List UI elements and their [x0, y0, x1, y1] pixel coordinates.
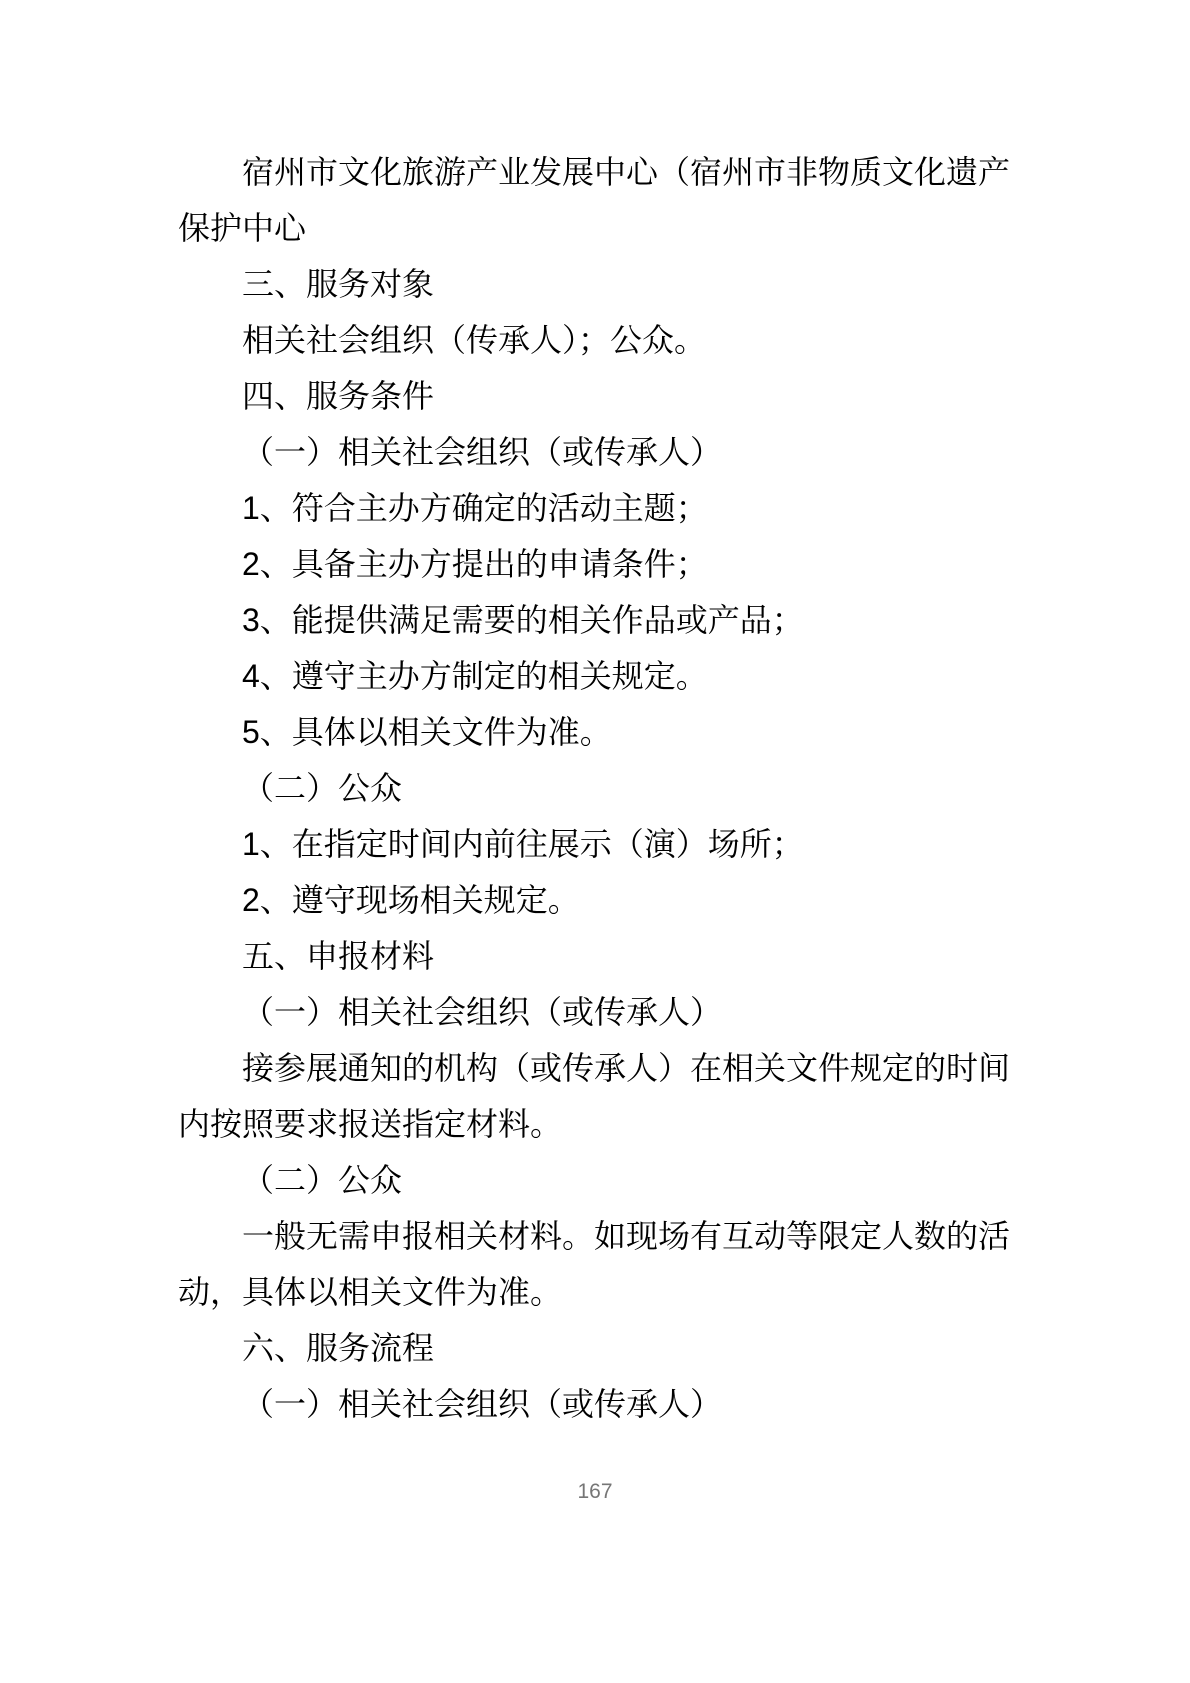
text-line: 内按照要求报送指定材料。 [178, 1096, 1014, 1152]
paragraph: （一）相关社会组织（或传承人） [178, 984, 1014, 1040]
text-line: 5、具体以相关文件为准。 [178, 704, 1014, 760]
paragraph: （一）相关社会组织（或传承人） [178, 424, 1014, 480]
text-line: 动，具体以相关文件为准。 [178, 1264, 1014, 1320]
paragraph: 1、在指定时间内前往展示（演）场所； [178, 816, 1014, 872]
text-line: 三、服务对象 [178, 256, 1014, 312]
text-line: 六、服务流程 [178, 1320, 1014, 1376]
text-line: 1、符合主办方确定的活动主题； [178, 480, 1014, 536]
text-line: 一般无需申报相关材料。如现场有互动等限定人数的活 [178, 1208, 1014, 1264]
document-page: 宿州市文化旅游产业发展中心（宿州市非物质文化遗产保护中心三、服务对象相关社会组织… [0, 0, 1190, 1683]
paragraph: 相关社会组织（传承人）；公众。 [178, 312, 1014, 368]
paragraph: 宿州市文化旅游产业发展中心（宿州市非物质文化遗产保护中心 [178, 144, 1014, 256]
text-line: （二）公众 [178, 1152, 1014, 1208]
paragraph: 1、符合主办方确定的活动主题； [178, 480, 1014, 536]
text-line: 接参展通知的机构（或传承人）在相关文件规定的时间 [178, 1040, 1014, 1096]
paragraph: 四、服务条件 [178, 368, 1014, 424]
text-line: 五、申报材料 [178, 928, 1014, 984]
text-line: 保护中心 [178, 200, 1014, 256]
paragraph: 4、遵守主办方制定的相关规定。 [178, 648, 1014, 704]
text-line: 相关社会组织（传承人）；公众。 [178, 312, 1014, 368]
paragraph: （二）公众 [178, 760, 1014, 816]
text-line: 2、遵守现场相关规定。 [178, 872, 1014, 928]
document-body: 宿州市文化旅游产业发展中心（宿州市非物质文化遗产保护中心三、服务对象相关社会组织… [178, 144, 1014, 1432]
paragraph: 3、能提供满足需要的相关作品或产品； [178, 592, 1014, 648]
text-line: （一）相关社会组织（或传承人） [178, 984, 1014, 1040]
paragraph: 五、申报材料 [178, 928, 1014, 984]
paragraph: （二）公众 [178, 1152, 1014, 1208]
paragraph: 2、遵守现场相关规定。 [178, 872, 1014, 928]
page-number: 167 [0, 1479, 1190, 1505]
paragraph: 5、具体以相关文件为准。 [178, 704, 1014, 760]
text-line: 2、具备主办方提出的申请条件； [178, 536, 1014, 592]
paragraph: 六、服务流程 [178, 1320, 1014, 1376]
text-line: 宿州市文化旅游产业发展中心（宿州市非物质文化遗产 [178, 144, 1014, 200]
text-line: 1、在指定时间内前往展示（演）场所； [178, 816, 1014, 872]
text-line: （一）相关社会组织（或传承人） [178, 424, 1014, 480]
paragraph: 接参展通知的机构（或传承人）在相关文件规定的时间内按照要求报送指定材料。 [178, 1040, 1014, 1152]
paragraph: 三、服务对象 [178, 256, 1014, 312]
paragraph: 一般无需申报相关材料。如现场有互动等限定人数的活动，具体以相关文件为准。 [178, 1208, 1014, 1320]
text-line: （一）相关社会组织（或传承人） [178, 1376, 1014, 1432]
text-line: 四、服务条件 [178, 368, 1014, 424]
text-line: 4、遵守主办方制定的相关规定。 [178, 648, 1014, 704]
paragraph: 2、具备主办方提出的申请条件； [178, 536, 1014, 592]
paragraph: （一）相关社会组织（或传承人） [178, 1376, 1014, 1432]
text-line: 3、能提供满足需要的相关作品或产品； [178, 592, 1014, 648]
text-line: （二）公众 [178, 760, 1014, 816]
